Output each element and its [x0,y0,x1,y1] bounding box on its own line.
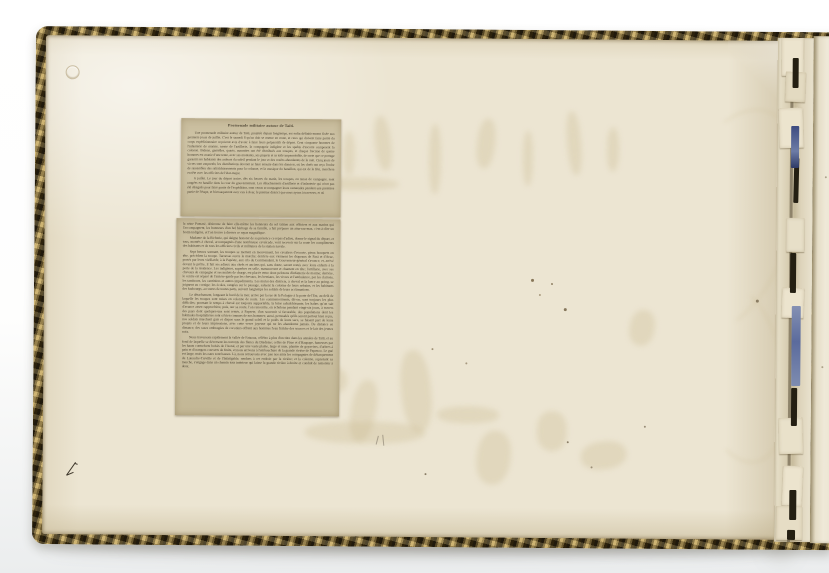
water-stain [579,439,628,473]
photo-background: Promenade militaire autour de Taïti. Une… [0,0,829,573]
embossed-stamp [66,65,80,79]
foxing-speck [424,473,426,475]
water-stain [305,421,425,444]
water-stain [473,429,514,487]
foxing-speck [531,279,534,282]
newspaper-clipping-bottom: la reine Pomaré, désireuse de faire elle… [175,218,341,416]
page-corner-fold [727,40,779,100]
torn-gutter-seam [774,38,814,542]
water-stain [437,406,499,423]
foxing-speck [567,441,569,443]
clipping-paragraph: Sept heures sonnant, les troupes se mett… [182,250,333,293]
water-stain [372,115,394,171]
foxing-speck [644,426,646,428]
foxing-speck [756,300,759,303]
water-stain [523,131,533,186]
water-stain [537,411,567,451]
water-stain [607,127,619,171]
clipping-paragraph: la reine Pomaré, désireuse de faire elle… [183,222,334,236]
clipping-paragraph: Une promenade militaire autour de Taïti,… [187,131,334,176]
foxing-speck [431,348,433,350]
water-stain [474,118,498,170]
foxing-speck [551,283,553,285]
album-page-left: Promenade militaire autour de Taïti. Une… [42,35,780,540]
gutter-gap [790,253,796,293]
water-stain [429,124,442,194]
ink-scratch-mark [64,459,80,482]
foxing-speck [564,308,567,311]
foxing-speck [821,366,823,368]
foxing-speck [539,294,541,296]
blue-paper-fragment [791,306,801,386]
clipping-title: Promenade militaire autour de Taïti. [188,123,335,129]
water-stain [627,308,658,348]
foxing-speck [465,362,467,364]
gutter-gap [791,388,797,426]
gutter-gap [789,490,796,520]
right-page-edge [810,36,829,543]
water-stain [343,131,355,175]
page-stub [786,218,804,252]
gutter-gap [793,58,799,88]
clipping-paragraph: 6 juillet. Le jour du départ arrive, dès… [187,177,334,196]
foxing-speck [825,176,827,178]
scrapbook-album: Promenade militaire autour de Taïti. Une… [32,26,829,550]
newspaper-clipping-top: Promenade militaire autour de Taïti. Une… [181,118,342,217]
foxing-speck [591,466,593,468]
clipping-paragraph: Le détachement, longeant le bord de la m… [182,293,333,336]
gutter-gap [787,530,795,540]
clipping-paragraph: Nous traversons rapidement la vallée de … [182,336,333,370]
blue-paper-fragment [791,126,799,168]
water-stain [565,111,584,176]
clipping-paragraph: Madame de la Richerie, qui daigne honore… [183,236,334,250]
water-stain [397,349,435,434]
